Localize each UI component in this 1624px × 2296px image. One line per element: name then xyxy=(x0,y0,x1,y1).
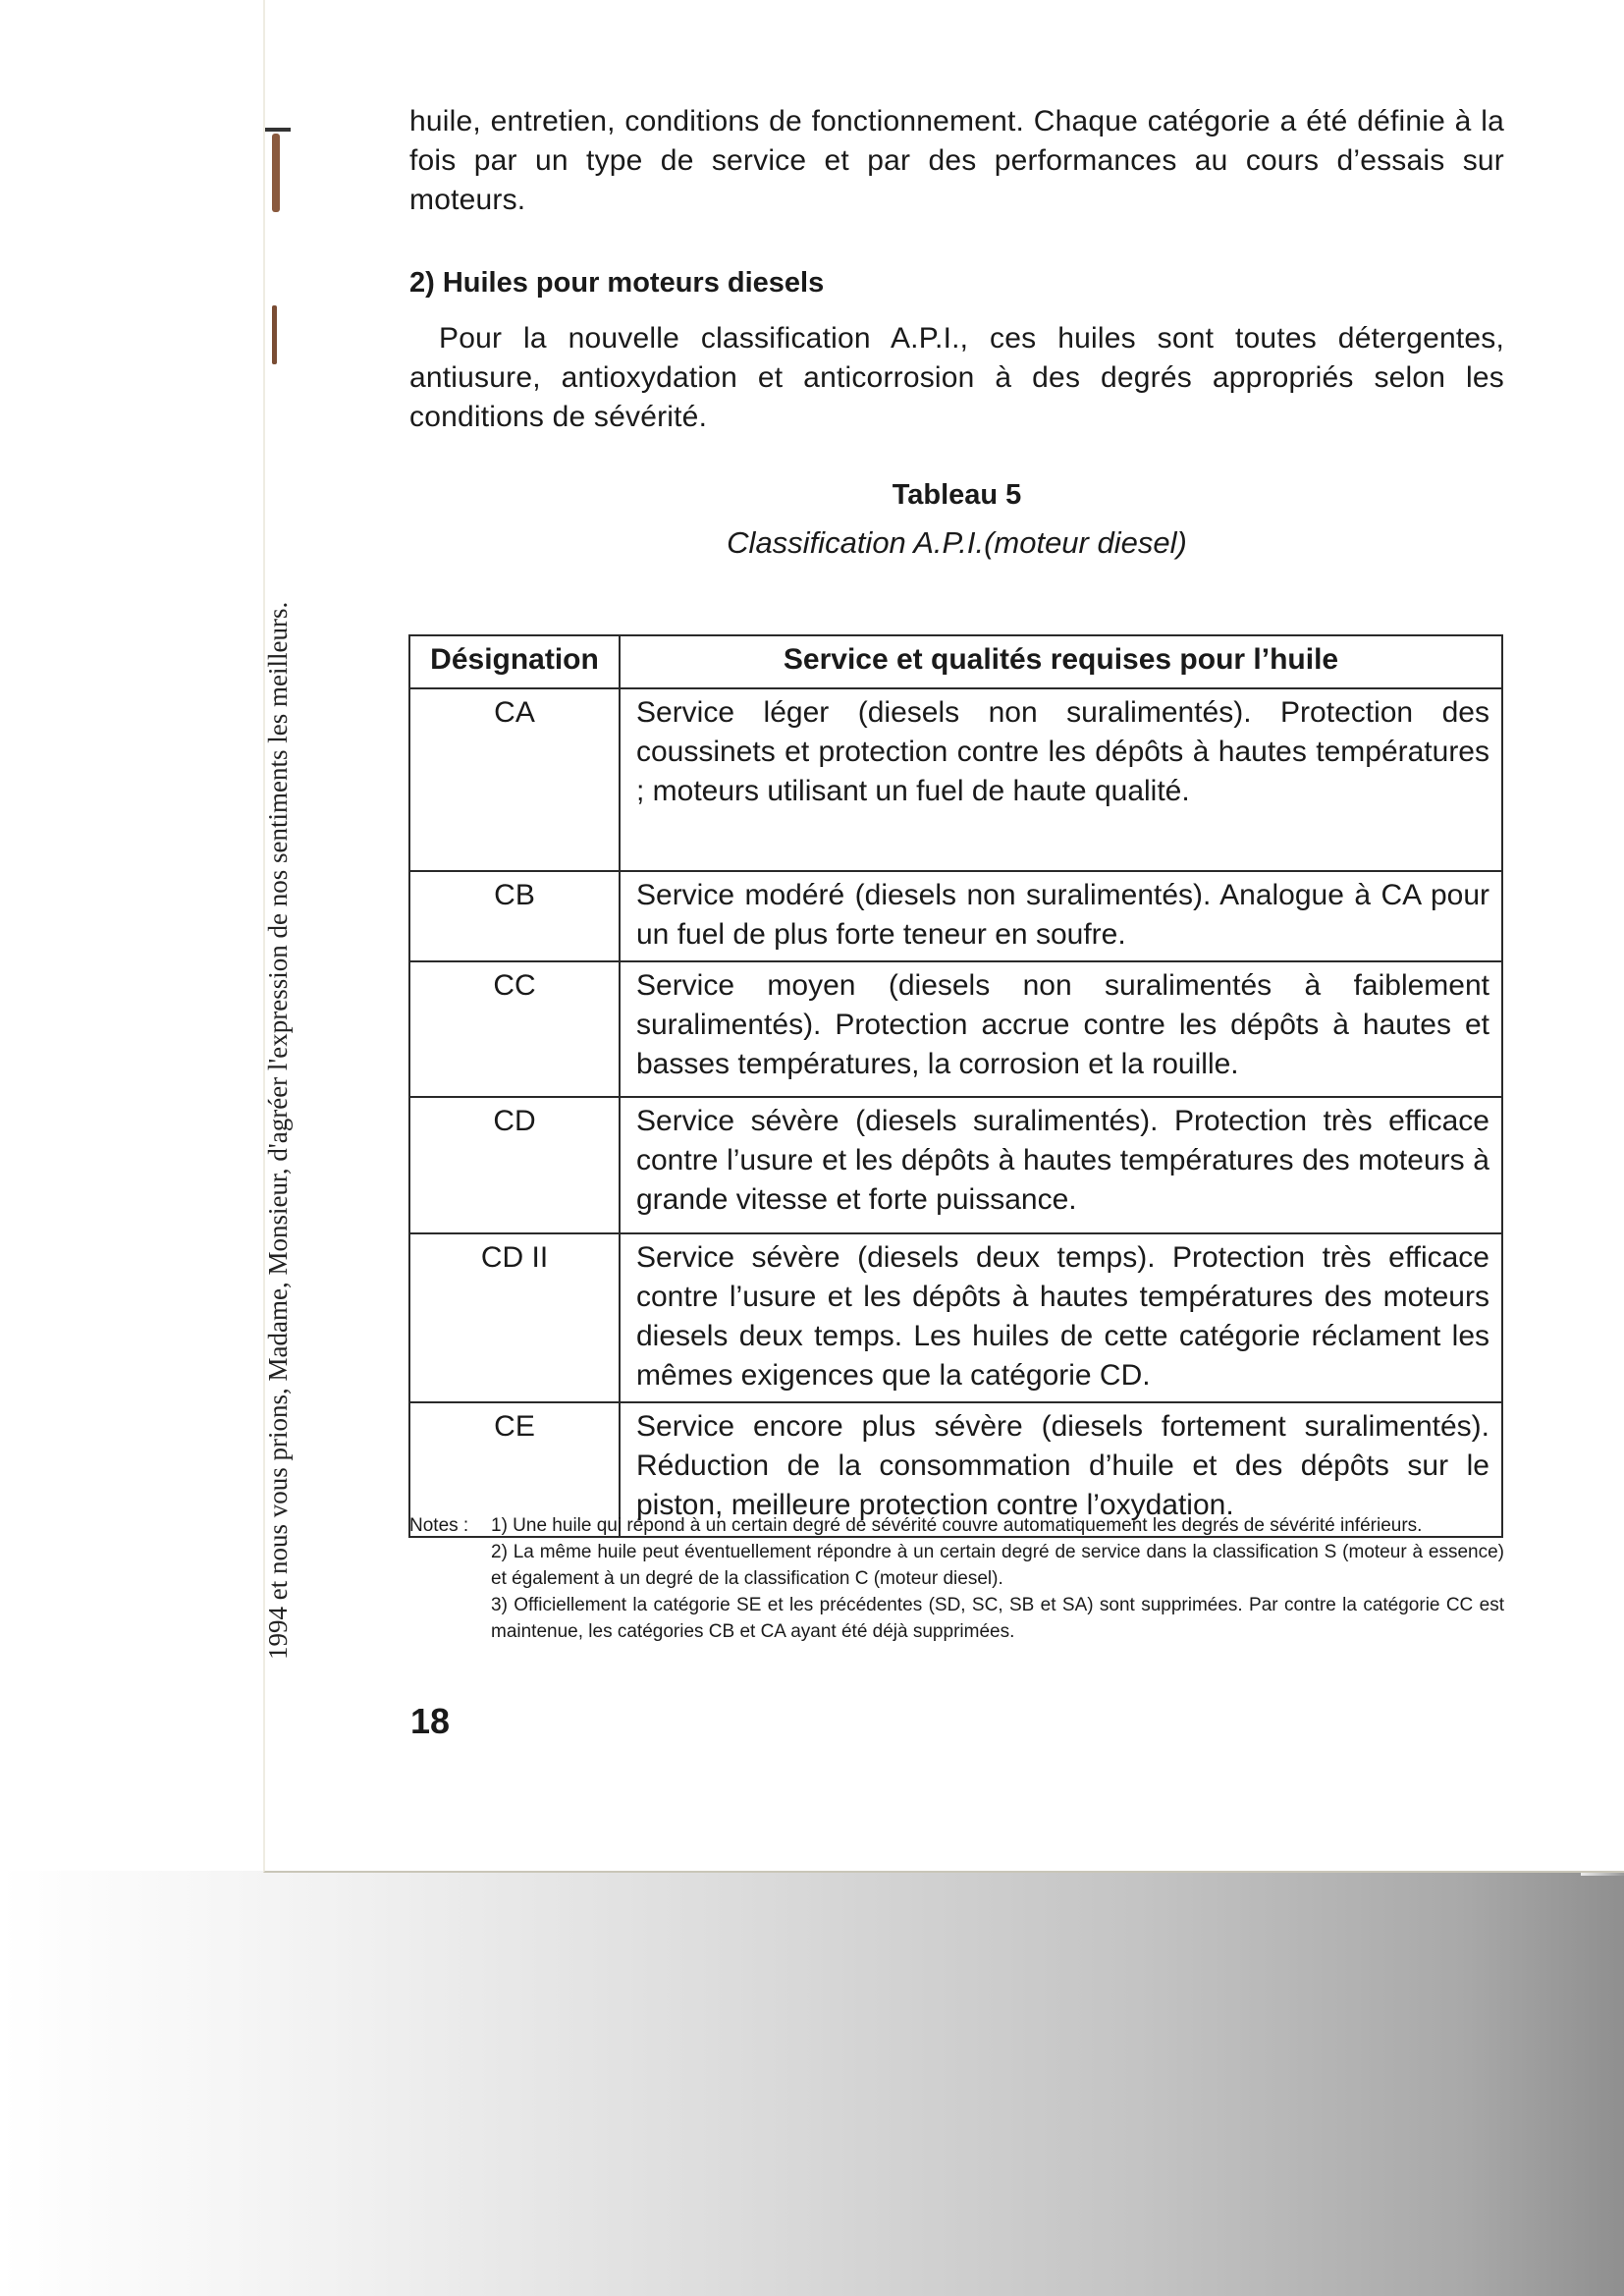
designation-cell: CB xyxy=(409,871,620,961)
binding-stain xyxy=(272,305,277,364)
section-title: 2) Huiles pour moteurs diesels xyxy=(409,263,824,302)
note-item: 3) Officiellement la catégorie SE et les… xyxy=(491,1592,1504,1645)
table-row: CB Service modéré (diesels non suralimen… xyxy=(409,871,1502,961)
table-row: CD Service sévère (diesels suralimentés)… xyxy=(409,1097,1502,1233)
section-paragraph: Pour la nouvelle classification A.P.I., … xyxy=(409,319,1504,437)
description-cell: Service moyen (diesels non suralimentés … xyxy=(620,961,1502,1097)
table-title: Tableau 5 xyxy=(409,475,1504,515)
binding-mark xyxy=(265,128,291,132)
margin-bleed-text: 1994 et nous vous prions, Madame, Monsie… xyxy=(263,403,294,1660)
table-subtitle: Classification A.P.I.(moteur diesel) xyxy=(409,523,1504,563)
note-item: 2) La même huile peut éventuellement rép… xyxy=(491,1539,1504,1592)
designation-cell: CA xyxy=(409,688,620,871)
designation-cell: CD xyxy=(409,1097,620,1233)
designation-cell: CD II xyxy=(409,1233,620,1402)
column-header-service: Service et qualités requises pour l’huil… xyxy=(620,635,1502,688)
intro-paragraph: huile, entretien, conditions de fonction… xyxy=(409,102,1504,220)
description-cell: Service modéré (diesels non suralimentés… xyxy=(620,871,1502,961)
description-cell: Service léger (diesels non suralimentés)… xyxy=(620,688,1502,871)
description-cell: Service sévère (diesels deux temps). Pro… xyxy=(620,1233,1502,1402)
table-row: CD II Service sévère (diesels deux temps… xyxy=(409,1233,1502,1402)
column-header-designation: Désignation xyxy=(409,635,620,688)
page-number: 18 xyxy=(410,1702,450,1741)
table-row: CA Service léger (diesels non suraliment… xyxy=(409,688,1502,871)
table-header-row: Désignation Service et qualités requises… xyxy=(409,635,1502,688)
scanner-background xyxy=(0,1871,1624,2296)
note-item: 1) Une huile qui répond à un certain deg… xyxy=(491,1512,1504,1539)
binding-stain xyxy=(272,134,280,212)
table-row: CC Service moyen (diesels non suraliment… xyxy=(409,961,1502,1097)
table-notes: Notes : 1) Une huile qui répond à un cer… xyxy=(409,1512,1504,1645)
api-classification-table: Désignation Service et qualités requises… xyxy=(408,634,1503,1538)
description-cell: Service sévère (diesels suralimentés). P… xyxy=(620,1097,1502,1233)
notes-label: Notes : xyxy=(409,1512,468,1539)
designation-cell: CC xyxy=(409,961,620,1097)
